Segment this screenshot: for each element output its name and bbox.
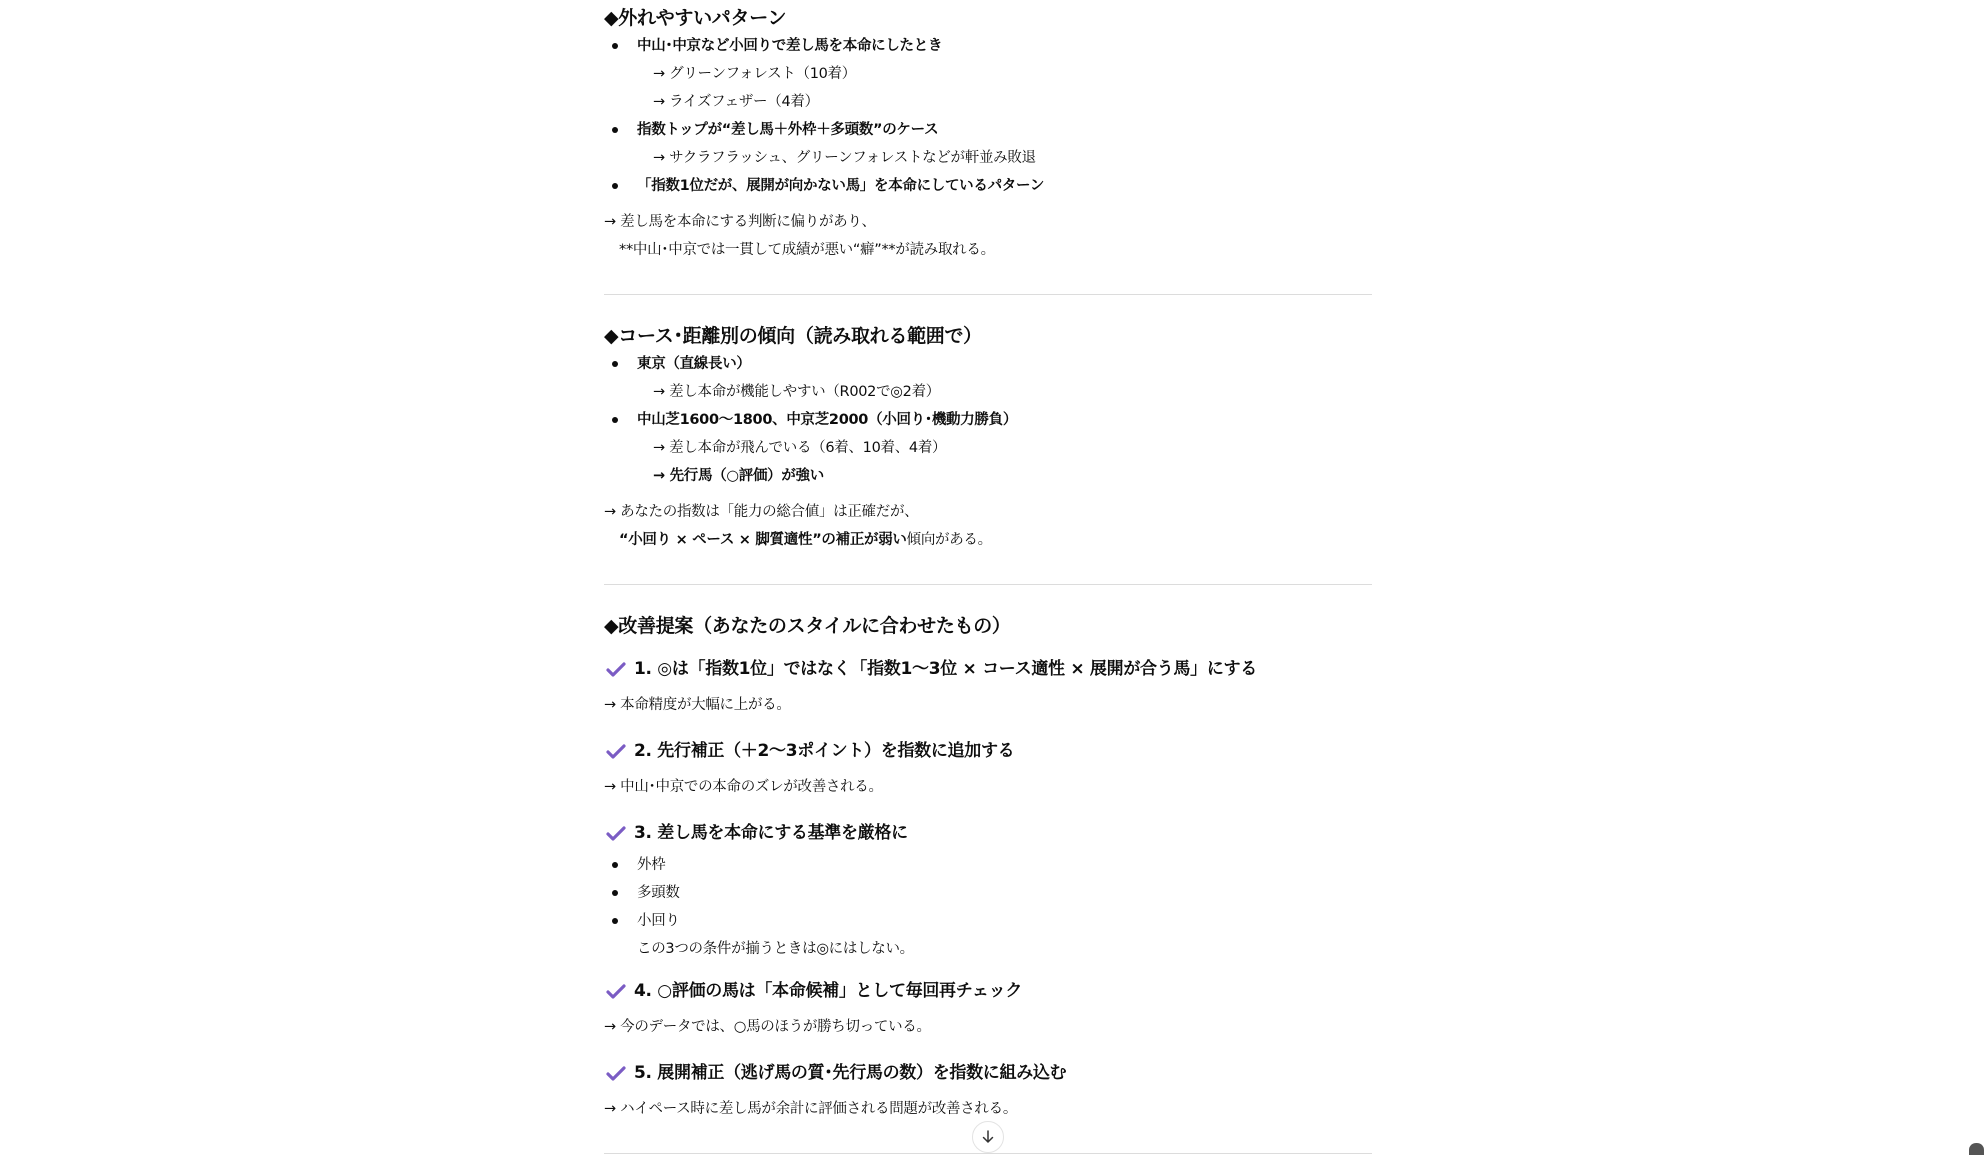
bullet-icon [612,361,618,367]
check-icon [606,983,626,999]
section-heading: ◆改善提案（あなたのスタイルに合わせたもの） [604,614,1372,638]
improvement-title-text: 2. 先行補正（＋2〜3ポイント）を指数に追加する [634,739,1014,763]
section-improvements: ◆改善提案（あなたのスタイルに合わせたもの） 1. ◎は「指数1位」ではなく「指… [604,585,1372,1123]
improvement-note: → ハイペース時に差し馬が余計に評価される問題が改善される。 [604,1095,1372,1123]
improvement-title-text: 5. 展開補正（逃げ馬の質･先行馬の数）を指数に組み込む [634,1061,1066,1085]
arrow-down-icon [980,1129,996,1145]
list-item-label: 指数トップが“差し馬＋外枠＋多頭数”のケース [637,122,938,138]
list-item-label: 東京（直線長い） [637,356,751,372]
improvement-title: 5. 展開補正（逃げ馬の質･先行馬の数）を指数に組み込む [604,1061,1372,1085]
sub-item: → 先行馬（○評価）が強い [604,462,1372,490]
bullet-icon [612,183,618,189]
list-item-label: 多頭数 [637,885,680,901]
chat-page: ◆外れやすいパターン 中山･中京など小回りで差し馬を本命にしたとき → グリーン… [0,0,1984,1155]
sub-item: → グリーンフォレスト（10着） [604,60,1372,88]
list-item: 外枠 [604,851,1372,879]
list-item: 多頭数 [604,879,1372,907]
improvement-title-text: 3. 差し馬を本命にする基準を厳格に [634,821,908,845]
sub-item: → ライズフェザー（4着） [604,88,1372,116]
list-item: 指数トップが“差し馬＋外枠＋多頭数”のケース [604,116,1372,144]
sub-item: → 差し本命が機能しやすい（R002で◎2着） [604,378,1372,406]
check-icon [606,661,626,677]
list-item-label: 外枠 [637,857,665,873]
sub-item: → 差し本命が飛んでいる（6着、10着、4着） [604,434,1372,462]
check-icon [606,1065,626,1081]
list-item-label: 中山芝1600〜1800、中京芝2000（小回り･機動力勝負） [637,412,1017,428]
scroll-to-bottom-button[interactable] [972,1121,1004,1153]
bullet-list: 中山･中京など小回りで差し馬を本命にしたとき [604,32,1372,60]
floating-widget-handle[interactable] [1969,1143,1984,1155]
check-icon [606,743,626,759]
bullet-icon [612,127,618,133]
bullet-list: 東京（直線長い） [604,350,1372,378]
section-miss-patterns: ◆外れやすいパターン 中山･中京など小回りで差し馬を本命にしたとき → グリーン… [604,0,1372,264]
improvement-title: 1. ◎は「指数1位」ではなく「指数1〜3位 × コース適性 × 展開が合う馬」… [604,657,1372,681]
section-heading: ◆コース･距離別の傾向（読み取れる範囲で） [604,324,1372,348]
conclusion-line: → 差し馬を本命にする判断に偏りがあり、 [604,208,1372,236]
bullet-list: 「指数1位だが、展開が向かない馬」を本命にしているパターン [604,172,1372,200]
conclusion-line: → あなたの指数は「能力の総合値」は正確だが、 [604,498,1372,526]
improvement-title: 4. ○評価の馬は「本命候補」として毎回再チェック [604,979,1372,1003]
bullet-list: 中山芝1600〜1800、中京芝2000（小回り･機動力勝負） [604,406,1372,434]
improvement-title-text: 1. ◎は「指数1位」ではなく「指数1〜3位 × コース適性 × 展開が合う馬」… [634,657,1257,681]
improvement-note: この3つの条件が揃うときは◎にはしない。 [604,935,1372,963]
emphasis-text: “小回り × ペース × 脚質適性”の補正が弱い [619,532,907,548]
section-course-trends: ◆コース･距離別の傾向（読み取れる範囲で） 東京（直線長い） → 差し本命が機能… [604,295,1372,554]
improvement-title: 2. 先行補正（＋2〜3ポイント）を指数に追加する [604,739,1372,763]
section-heading: ◆外れやすいパターン [604,6,1372,30]
bullet-icon [612,918,618,924]
plain-text: 傾向がある。 [907,532,992,548]
list-item-label: 「指数1位だが、展開が向かない馬」を本命にしているパターン [637,178,1044,194]
bullet-icon [612,417,618,423]
list-item-label: 中山･中京など小回りで差し馬を本命にしたとき [637,38,942,54]
conclusion-line: **中山･中京では一貫して成績が悪い“癖”**が読み取れる。 [604,236,1372,264]
divider [604,1153,1372,1154]
list-item: 中山芝1600〜1800、中京芝2000（小回り･機動力勝負） [604,406,1372,434]
sub-item: → サクラフラッシュ、グリーンフォレストなどが軒並み敗退 [604,144,1372,172]
list-item-label: 小回り [637,913,680,929]
bullet-list: 外枠 多頭数 小回り [604,851,1372,935]
bullet-list: 指数トップが“差し馬＋外枠＋多頭数”のケース [604,116,1372,144]
list-item: 「指数1位だが、展開が向かない馬」を本命にしているパターン [604,172,1372,200]
bullet-icon [612,43,618,49]
assistant-message: ◆外れやすいパターン 中山･中京など小回りで差し馬を本命にしたとき → グリーン… [604,0,1372,1123]
bullet-icon [612,890,618,896]
improvement-note: → 中山･中京での本命のズレが改善される。 [604,773,1372,801]
bullet-icon [612,862,618,868]
improvement-title: 3. 差し馬を本命にする基準を厳格に [604,821,1372,845]
list-item: 小回り [604,907,1372,935]
conclusion-line: “小回り × ペース × 脚質適性”の補正が弱い傾向がある。 [604,526,1372,554]
list-item: 中山･中京など小回りで差し馬を本命にしたとき [604,32,1372,60]
improvement-note: → 本命精度が大幅に上がる。 [604,691,1372,719]
improvement-note: → 今のデータでは、○馬のほうが勝ち切っている。 [604,1013,1372,1041]
check-icon [606,825,626,841]
list-item: 東京（直線長い） [604,350,1372,378]
improvement-title-text: 4. ○評価の馬は「本命候補」として毎回再チェック [634,979,1022,1003]
